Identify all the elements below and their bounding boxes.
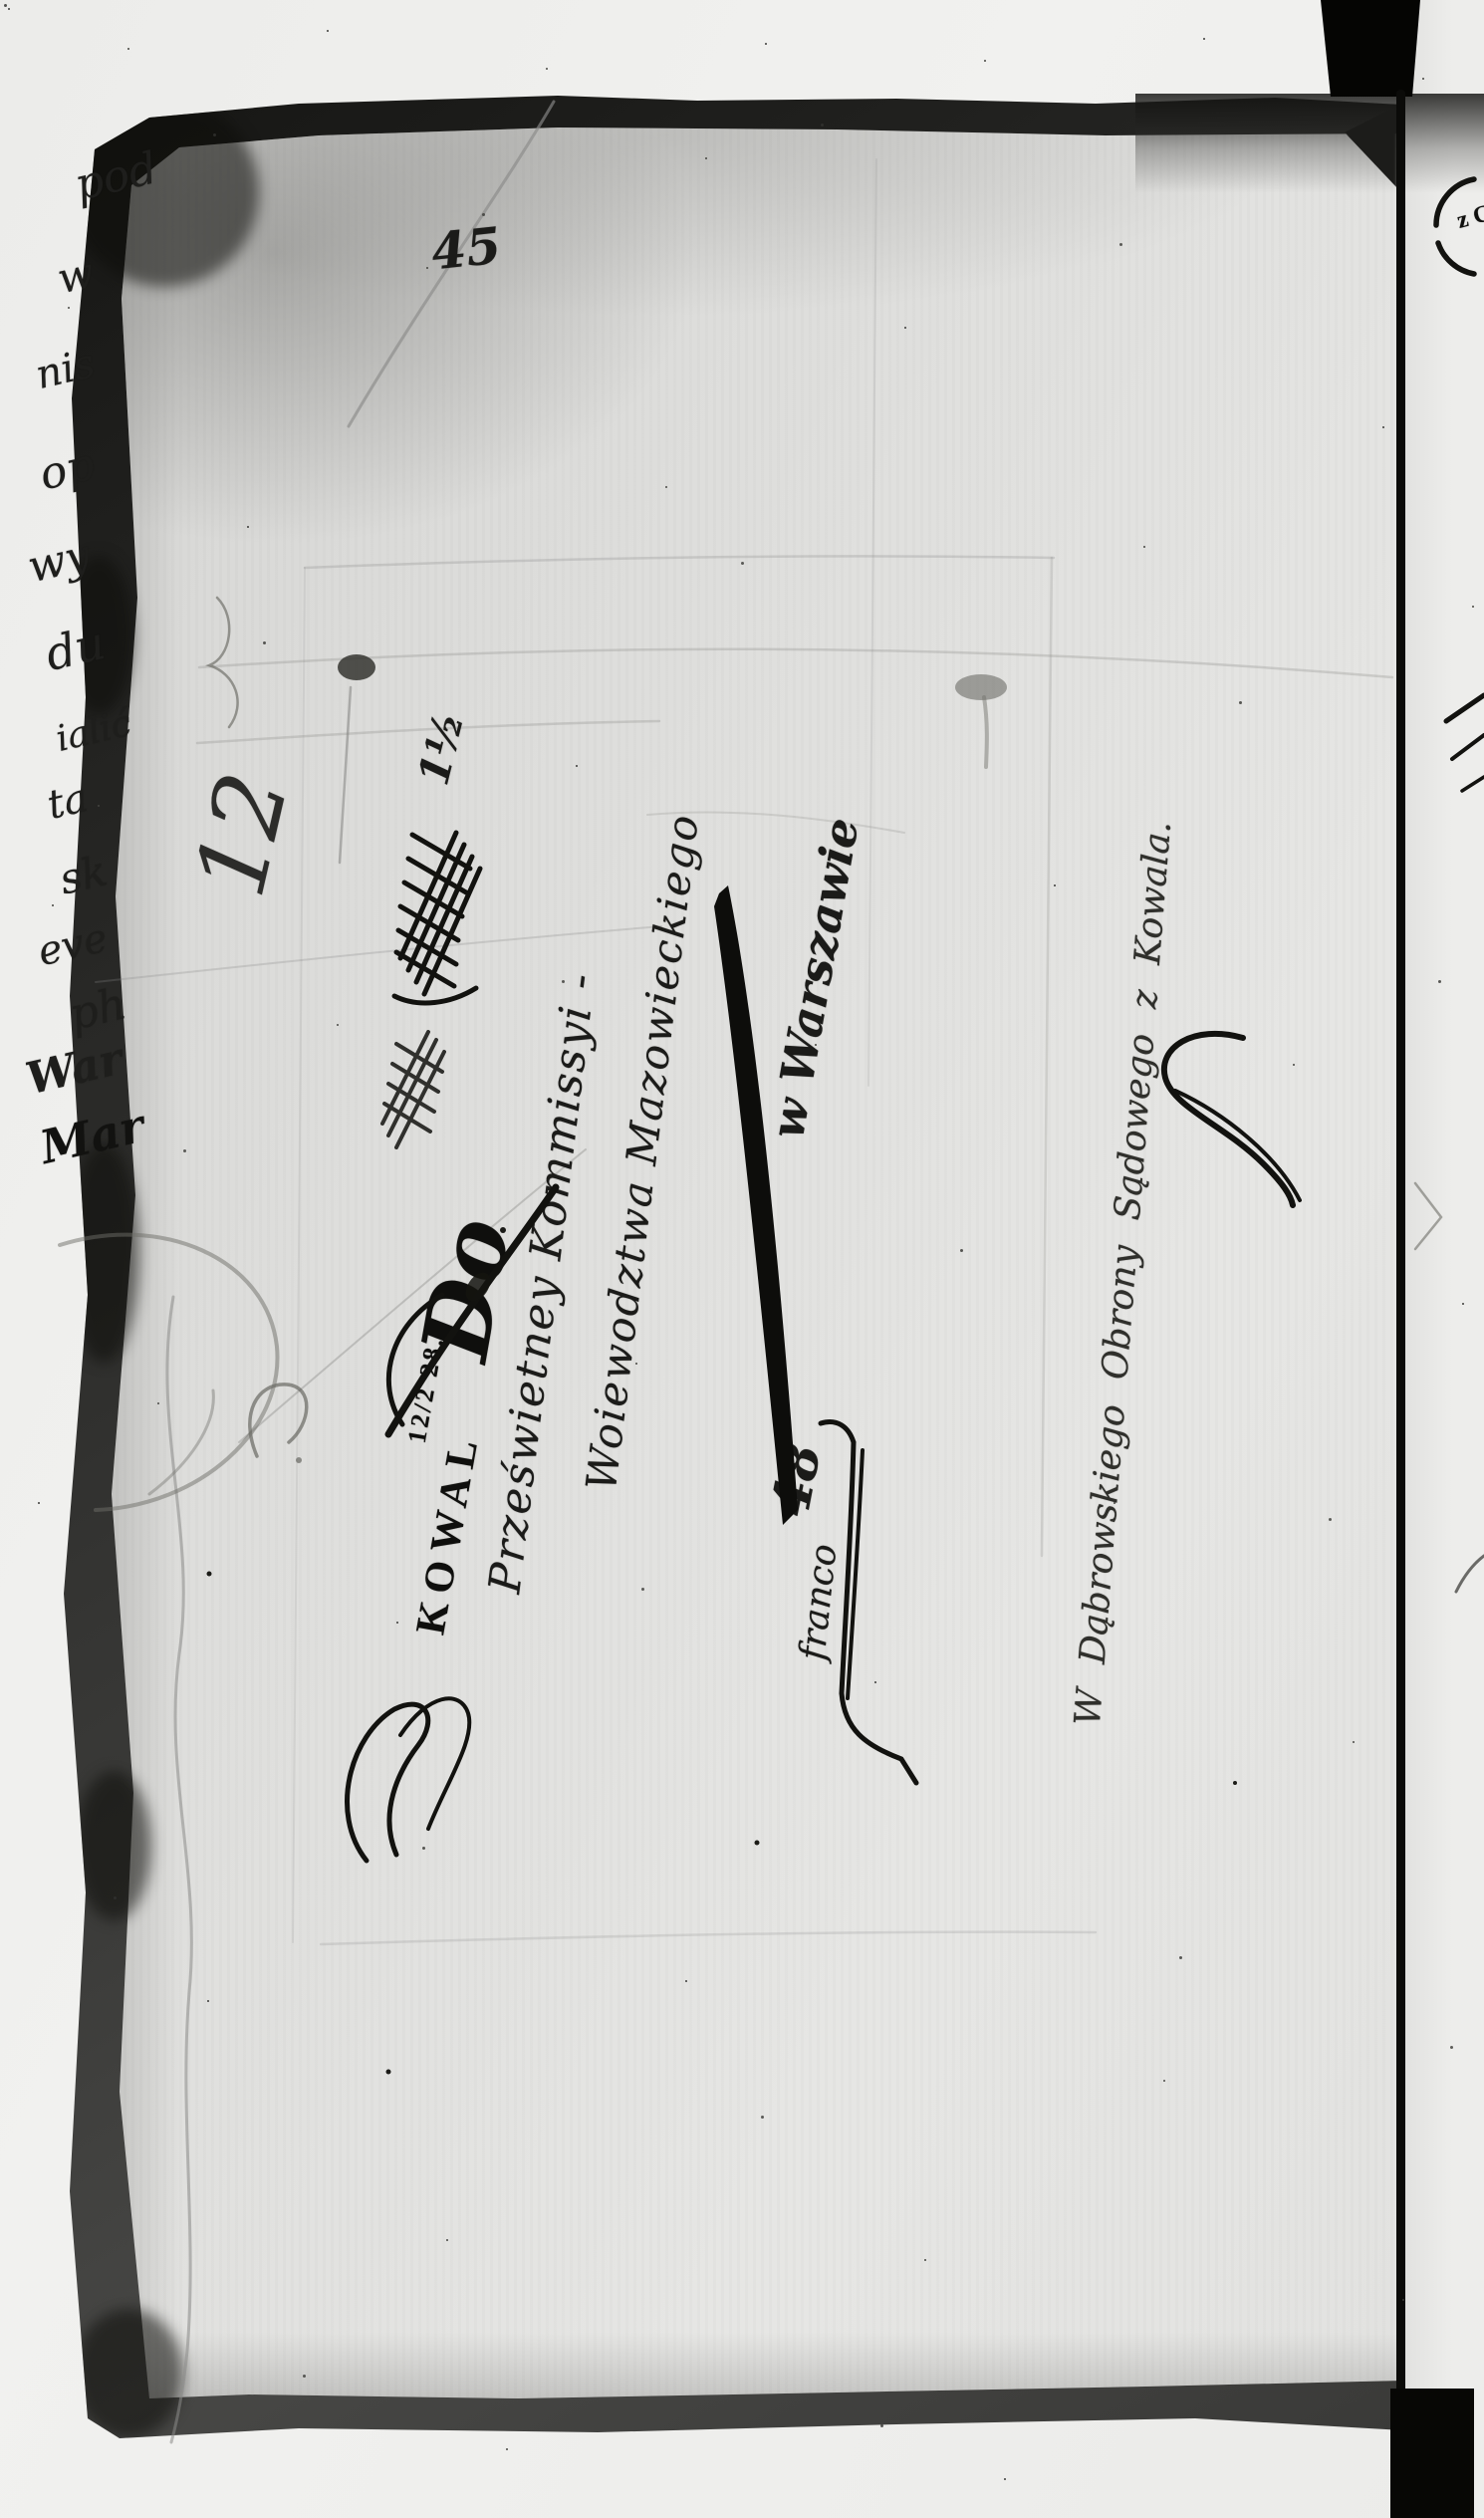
ink-marks <box>0 0 1484 2518</box>
salutation-flourish <box>388 1187 556 1434</box>
fragment-flag <box>1415 1183 1441 1249</box>
blotch-tail <box>984 697 987 767</box>
ink-dot <box>386 2070 391 2075</box>
pencil-doodles <box>60 598 307 1510</box>
film-specks <box>8 8 10 10</box>
fragment-stroke <box>1462 777 1484 791</box>
film-specks-large <box>4 4 7 7</box>
oval-doodle <box>60 1235 278 1510</box>
ink-smudge <box>338 654 375 680</box>
underline-tail <box>842 1693 916 1783</box>
tally-cross <box>382 1032 428 1124</box>
fragment-stroke <box>1446 695 1484 721</box>
adjacent-page-fragments <box>1415 695 1484 1592</box>
tally-marks-upper <box>394 833 480 1003</box>
stamp-arc-bottom <box>1438 243 1474 274</box>
fragment-stroke <box>1452 735 1484 759</box>
underline-hook-top <box>821 1422 854 1442</box>
paraph-flourish <box>1164 1034 1300 1205</box>
tally-underline <box>394 988 476 1003</box>
ink-dot <box>1233 1781 1237 1785</box>
ink-group <box>60 179 1484 2075</box>
paraph-stroke-1 <box>1164 1034 1293 1205</box>
film-notch <box>1321 0 1420 97</box>
gutter-bottom-bar <box>1390 2389 1474 2518</box>
tally-marks-lower <box>382 1032 444 1147</box>
heavy-ink-slash <box>714 885 798 1525</box>
angular-doodle <box>209 598 238 727</box>
flourish-loop-2 <box>400 1698 469 1829</box>
ink-dots <box>207 1227 1238 2075</box>
scanned-letter-back: 45 pod w nis op wy du ialić ta sk eve ph… <box>0 0 1484 2518</box>
ink-dot <box>207 1572 212 1577</box>
gray-blotch <box>955 674 1007 700</box>
fragment-squiggle <box>1456 1556 1484 1592</box>
ink-dot <box>500 1227 506 1233</box>
ink-dot <box>755 1841 760 1846</box>
franco-underline <box>821 1422 916 1783</box>
doodle-dot <box>296 1457 302 1463</box>
page-gutter-line <box>1396 90 1405 2392</box>
postmark-flourish <box>348 1698 470 1861</box>
tally-cross <box>396 1052 444 1147</box>
flourish-loop-1 <box>348 1704 428 1861</box>
